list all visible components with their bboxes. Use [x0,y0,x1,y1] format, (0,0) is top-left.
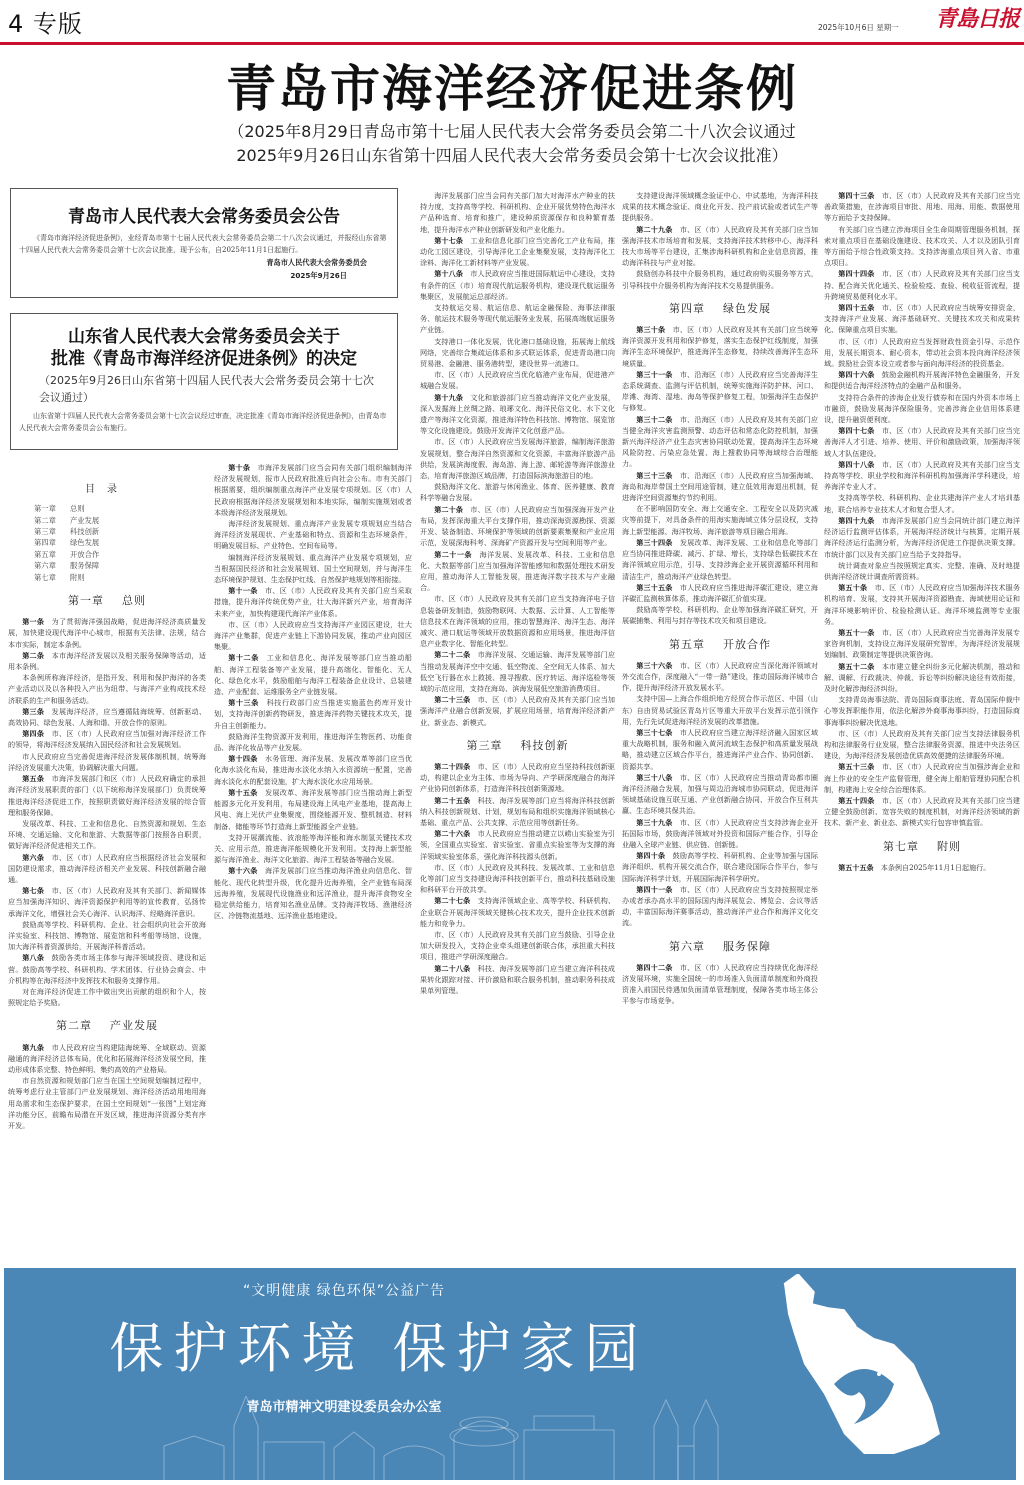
table-of-contents: 第一章总则 第二章产业发展 第三章科技创新 第四章绿色发展 第五章开放合作 第六… [8,503,206,583]
paragraph: 支持建设海洋领域概念验证中心、中试基地，为海洋科技成果的技术概念验证、商业化开发… [622,190,818,224]
article: 第三十四条 发展改革、海洋发展、工业和信息化等部门应当协同推进降碳、减污、扩绿、… [622,537,818,582]
paragraph: 发展改革、科技、工业和信息化、自然资源和规划、生态环境、交通运输、文化和旅游、大… [8,818,206,852]
announcement-title: 青岛市人民代表大会常务委员会公告 [11,206,397,228]
article: 第三十二条 市、沿海区（市）人民政府及其有关部门应当健全海洋灾害监测预警、动态评… [622,414,818,470]
text-column-3: 海洋发展部门应当会同有关部门加大对海洋水产种业的扶持力度，支持高等学校、科研机构… [420,190,615,1252]
chapter-heading: 第二章产业发展 [8,1020,206,1031]
ad-sponsor: 青岛市精神文明建设委员会办公室 [4,1396,684,1415]
article: 第四条 市、区（市）人民政府应当加强对海洋经济工作的领导，将海洋经济发展纳入国民… [8,728,206,750]
article: 第五十三条 市、区（市）人民政府应当加强涉海企业和海上作业的安全生产监督管理，健… [824,761,1020,795]
article: 第四十一条 市、区（市）人民政府应当支持按照规定举办或者承办高水平的国际国内海洋… [622,884,818,929]
chapter-heading: 第四章绿色发展 [622,303,818,314]
announcement-signer: 青岛市人民代表大会常务委员会 [11,256,397,269]
public-service-ad: “文明健康 绿色环保”公益广告 保护环境 保护家园 青岛市精神文明建设委员会办公… [4,1268,1016,1480]
article: 第四十条 鼓励高等学校、科研机构、企业等加强与国际海洋组织、机构开展交流合作，联… [622,850,818,884]
paragraph: 支持高等学校、科研机构、企业共建海洋产业人才培训基地，联合培养专业技术人才和复合… [824,492,1020,514]
paragraph: 市、区（市）人民政府及其有关部门应当鼓励、引导企业加大研发投入，支持企业牵头组建… [420,929,615,963]
article: 第二十九条 市、区（市）人民政府及其有关部门应当加强海洋技术市场培育和发展，支持… [622,224,818,269]
article: 第三十条 市、区（市）人民政府及其有关部门应当统筹海洋资源开发利用和保护修复，落… [622,324,818,369]
decision-parenthetical: （2025年9月26日山东省第十四届人民代表大会常务委员会第十七次会议通过） [11,370,397,406]
article: 第八条 鼓励各类市场主体参与海洋领域投资、建设和运营。鼓励高等学校、科研机构、学… [8,952,206,986]
announcement-box: 青岛市人民代表大会常务委员会公告 《青岛市海洋经济促进条例》，业经青岛市第十七届… [10,188,398,298]
announcement-date: 2025年9月26日 [11,269,397,282]
article: 第二十四条 市、区（市）人民政府应当坚持科技创新驱动，构建以企业为主体、市场为导… [420,761,615,795]
decision-box: 山东省人民代表大会常务委员会关于 批准《青岛市海洋经济促进条例》的决定 （202… [10,313,398,450]
page-title: 青岛市海洋经济促进条例 [0,58,1024,120]
paragraph: 编制海洋经济发展规划、重点海洋产业发展专项规划，应当根据国民经济和社会发展规划、… [214,552,412,586]
paragraph: 市、区（市）人民政府及其有关部门应当支持海洋电子信息装备研发制造，鼓励物联网、大… [420,593,615,649]
announcement-body: 《青岛市海洋经济促进条例》，业经青岛市第十七届人民代表大会常务委员会第二十八次会… [11,228,397,256]
paragraph: 鼓励创办科技中介服务机构，通过政府购买服务等方式，引导科技中介服务机构为海洋技术… [622,268,818,290]
article: 第五十四条 市、区（市）人民政府及其有关部门应当建立健全鼓励创新、宽容失败的制度… [824,795,1020,829]
article: 第四十九条 市海洋发展部门应当会同统计部门建立海洋经济运行监测评估体系，开展海洋… [824,515,1020,560]
chapter-heading: 第六章服务保障 [622,941,818,952]
paragraph: 海洋经济发展规划、重点海洋产业发展专项规划应当结合海洋经济发展现状、产业基础和特… [214,518,412,552]
article: 第十条 市海洋发展部门应当会同有关部门组织编制海洋经济发展规划，报市人民政府批准… [214,462,412,518]
article: 第三十一条 市、沿海区（市）人民政府应当完善海洋生态系统调查、监测与评估机制，统… [622,369,818,414]
article: 第二十五条 科技、海洋发展等部门应当将海洋科技创新纳入科技创新规划、计划，规划布… [420,795,615,829]
article: 第四十四条 市、区（市）人民政府及其有关部门应当支持、配合海关优化通关、检验检疫… [824,268,1020,302]
qingdao-map-dolphin-icon [764,1274,964,1474]
article: 第三十三条 市、沿海区（市）人民政府应当加强海域、海岛和海岸带国土空间用途管制，… [622,470,818,504]
paragraph: 市、区（市）人民政府应当优化临港产业布局，促进港产城融合发展。 [420,369,615,391]
article: 第三条 发展海洋经济，应当遵循陆海统筹、创新驱动、高效协同、绿色发展、人海和谐、… [8,706,206,728]
article: 第十三条 科技行政部门应当推进实施蓝色药库开发计划，支持海洋创新药物研发，推进海… [214,697,412,731]
article: 第三十六条 市、区（市）人民政府应当深化海洋领域对外交流合作，深度融入“一带一路… [622,660,818,694]
decision-body: 山东省第十四届人民代表大会常务委员会第十七次会议经过审查，决定批准《青岛市海洋经… [11,406,397,434]
toc-item[interactable]: 第七章附则 [34,572,206,583]
paragraph: 支持符合条件的涉海企业发行债券和在国内外资本市场上市融资，鼓励发展海洋保险服务，… [824,392,1020,426]
article: 第四十三条 市、区（市）人民政府及其有关部门应当完善政策措施，在涉海项目审批、用… [824,190,1020,224]
article: 第五十五条 本条例自2025年11月1日起施行。 [824,862,1020,873]
article: 第二十六条 市人民政府应当推动建立以崂山实验室为引领，全国重点实验室、省实验室、… [420,828,615,862]
chapter-heading: 第七章附则 [824,841,1020,852]
page-label: 4 专版 [8,4,83,39]
masthead-rule [0,42,1024,45]
paragraph: 鼓励海洋生物资源开发利用，推进海洋生物医药、功能食品、海洋化妆品等产业发展。 [214,731,412,753]
article: 第四十八条 市、区（市）人民政府及其有关部门应当支持高等学校、职业学校和海洋科研… [824,459,1020,493]
article: 第十一条 市、区（市）人民政府及其有关部门应当采取措施，提升海洋传统优势产业，壮… [214,585,412,619]
paragraph: 本条例所称海洋经济，是指开发、利用和保护海洋的各类产业活动以及以各种投入产出为纽… [8,672,206,706]
paragraph: 市、区（市）人民政府及其科技、发展改革、工业和信息化等部门应当支持建设海洋科技创… [420,862,615,896]
paragraph: 鼓励海洋文化、旅游与休闲渔业、体育、医养健康、教育科学等融合发展。 [420,481,615,503]
decision-title-line-1: 山东省人民代表大会常务委员会关于 [11,326,397,348]
title-block: 青岛市海洋经济促进条例 （2025年8月29日青岛市第十七届人民代表大会常务委员… [0,58,1024,168]
paragraph: 在不影响国防安全、海上交通安全、工程安全以及防灾减灾等前提下，对具备条件的用海实… [622,503,818,537]
article: 第二十七条 支持海洋领域企业、高等学校、科研机构、企业联合开展海洋领域关键核心技… [420,895,615,929]
article: 第二十一条 海洋发展、发展改革、科技、工业和信息化、大数据等部门应当加强海洋智能… [420,549,615,594]
article: 第十六条 海洋发展部门应当推动海洋渔业向信息化、智能化、现代化转型升级，优化提升… [214,865,412,921]
paragraph: 支持航运交易、航运信息、航运金融保险、海事法律服务、航运技术服务等现代航运服务业… [420,302,615,336]
article: 第四十六条 鼓励金融机构开展海洋特色金融服务，开发和提供适合海洋经济特点的金融产… [824,369,1020,391]
ad-headline: 保护环境 保护家园 [4,1316,754,1382]
article: 第五十条 市、区（市）人民政府应当加强海洋技术服务机构培育、发展，支持其开展海洋… [824,582,1020,627]
subtitle-line-2: 2025年9月26日山东省第十四届人民代表大会常务委员会第十七次会议批准） [0,144,1024,168]
toc-item[interactable]: 第六章服务保障 [34,560,206,571]
chapter-heading: 第三章科技创新 [420,740,615,751]
article: 第四十七条 市、区（市）人民政府及其有关部门应当完善海洋人才引进、培养、使用、评… [824,425,1020,459]
paragraph: 市、区（市）人民政府应当发挥财政性资金引导、示范作用，发展长期资本、耐心资本，带… [824,336,1020,370]
paragraph: 市人民政府应当完善促进海洋经济发展体制机制，统筹海洋经济发展重大决策，协调解决重… [8,751,206,773]
toc-item[interactable]: 第一章总则 [34,503,206,514]
article: 第五十一条 市、区（市）人民政府应当完善海洋发展专家咨询机制，支持设立海洋发展研… [824,627,1020,661]
article: 第二十三条 市、区（市）人民政府及其有关部门应当加强海洋产业融合创新发展，扩展应… [420,694,615,728]
article: 第三十九条 市、区（市）人民政府应当支持涉海企业开拓国际市场，鼓励海洋领域对外投… [622,817,818,851]
article: 第三十五条 市人民政府应当推进海洋碳汇建设，建立海洋碳汇监测核算体系，推动海洋碳… [622,582,818,604]
toc-item[interactable]: 第四章绿色发展 [34,537,206,548]
masthead: 4 专版 2025年10月6日 星期一 青島日报 [0,0,1024,44]
article: 第十五条 发展改革、海洋发展等部门应当推动海上新型能源多元化开发利用，布局建设海… [214,787,412,832]
paragraph: 有关部门应当建立涉海项目全生命周期管理服务机制，探索对重点项目在基础设施建设、技… [824,224,1020,269]
article: 第二十条 市、区（市）人民政府应当加强深海开发产业布局，发挥深海重大平台支撑作用… [420,504,615,549]
paragraph: 支持青岛海事法院、青岛国际商事法庭、青岛国际仲裁中心等发挥职能作用，依法化解涉外… [824,694,1020,728]
paragraph: 市、区（市）人民政府及其有关部门应当支持法律服务机构和法律服务行业发展，整合法律… [824,728,1020,762]
issue-date: 2025年10月6日 星期一 [818,22,899,33]
toc-title: 目录 [8,484,206,495]
ad-slogan: “文明健康 绿色环保”公益广告 [4,1280,684,1300]
article: 第五条 市海洋发展部门和区（市）人民政府确定的承担海洋经济发展职责的部门（以下统… [8,773,206,818]
article: 第四十二条 市、区（市）人民政府应当持续优化海洋经济发展环境，实施全国统一的市场… [622,962,818,1007]
toc-item[interactable]: 第二章产业发展 [34,515,206,526]
article: 第五十二条 本市建立健全纠纷多元化解决机制，推动和解、调解、行政裁决、仲裁、诉讼… [824,661,1020,695]
article: 第十九条 文化和旅游部门应当推动海洋文化产业发展，深入发掘海上丝绸之路、琅琊文化… [420,392,615,437]
text-column-5: 第四十三条 市、区（市）人民政府及其有关部门应当完善政策措施，在涉海项目审批、用… [824,190,1020,1252]
chapter-heading: 第五章开放合作 [622,639,818,650]
paragraph: 市、区（市）人民政府应当支持海洋产业园区建设，壮大海洋产业集群，促进产业链上下游… [214,619,412,653]
paragraph: 海洋发展部门应当会同有关部门加大对海洋水产种业的扶持力度，支持高等学校、科研机构… [420,190,615,235]
paragraph: 鼓励高等学校、科研机构、企业等加强海洋碳汇研究，开展碳捕集、利用与封存等技术攻关… [622,604,818,626]
article: 第十七条 工业和信息化部门应当完善化工产业布局，推动化工园区建设，引导海洋化工企… [420,235,615,269]
article: 第二条 本市海洋经济发展以及相关服务保障等活动，适用本条例。 [8,650,206,672]
toc-item[interactable]: 第三章科技创新 [34,526,206,537]
decision-title-line-2: 批准《青岛市海洋经济促进条例》的决定 [11,348,397,370]
article: 第二十八条 科技、海洋发展等部门应当建立海洋科技成果转化跟踪对接、评价激励和联合… [420,963,615,997]
article: 第十四条 水务管理、海洋发展、发展改革等部门应当优化海水淡化布局，推进海水淡化水… [214,753,412,787]
toc-item[interactable]: 第五章开放合作 [34,549,206,560]
article: 第三十八条 市、区（市）人民政府应当推动青岛都市圈海洋经济融合发展，加强与周边沿… [622,772,818,817]
article: 第四十五条 市、区（市）人民政府应当统筹安排资金，支持海洋产业发展、海洋基础研究… [824,302,1020,336]
paragraph: 支持港口一体化发展，优化港口基础设施，拓展海上航线网络，完善综合集疏运体系和多式… [420,336,615,370]
paragraph: 对在海洋经济促进工作中做出突出贡献的组织和个人，按照规定给予奖励。 [8,986,206,1008]
paragraph: 鼓励高等学校、科研机构、企业、社会组织向社会开放海洋实验室、科技馆、博物馆、展览… [8,919,206,953]
text-column-2: 第十条 市海洋发展部门应当会同有关部门组织编制海洋经济发展规划，报市人民政府批准… [214,462,412,1252]
text-column-1: 目录 第一章总则 第二章产业发展 第三章科技创新 第四章绿色发展 第五章开放合作… [8,462,206,1252]
paragraph: 支持开展潮流能、波浪能等海洋能和海水制氢关键技术攻关、应用示范，推进海洋能规模化… [214,832,412,866]
article: 第一条 为了贯彻海洋强国战略，促进海洋经济高质量发展，加快建设现代海洋中心城市，… [8,616,206,650]
article: 第十二条 工业和信息化、海洋发展等部门应当推动船舶、海洋工程装备等产业发展，提升… [214,652,412,697]
article: 第二十二条 市海洋发展、交通运输、海洋发展等部门应当推动发展海洋空中交通、低空物… [420,649,615,694]
paragraph: 市自然资源和规划部门应当在国土空间规划编制过程中，统筹考虑行业主管部门产业发展规… [8,1075,206,1131]
paragraph: 统计调查对象应当按照规定真实、完整、准确、及时地提供海洋经济统计调查所需资料。 [824,560,1020,582]
article: 第十八条 市人民政府应当推进国际航运中心建设，支持有条件的区（市）培育现代航运服… [420,268,615,302]
newspaper-logo: 青島日报 [935,2,1019,33]
article: 第六条 市、区（市）人民政府应当根据经济社会发展和国防建设需求，推动海洋经济相关… [8,852,206,886]
article: 第七条 市、区（市）人民政府及其有关部门、新闻媒体应当加强海洋知识、海洋资源保护… [8,885,206,919]
paragraph: 支持中国—上海合作组织地方经贸合作示范区、中国（山东）自由贸易试验区青岛片区等重… [622,693,818,727]
paragraph: 市、区（市）人民政府应当发展海洋旅游，编制海洋旅游发展规划，整合海洋自然资源和文… [420,436,615,481]
chapter-heading: 第一章总则 [8,595,206,606]
article: 第三十七条 市人民政府应当建立海洋经济融入国家区域重大战略机制，服务和融入黄河流… [622,727,818,772]
subtitle-line-1: （2025年8月29日青岛市第十七届人民代表大会常务委员会第二十八次会议通过 [0,120,1024,144]
article: 第九条 市人民政府应当构建陆海统筹、全域联动、资源融通的海洋经济总体布局，优化和… [8,1042,206,1076]
text-column-4: 支持建设海洋领域概念验证中心、中试基地，为海洋科技成果的技术概念验证、商业化开发… [622,190,818,1252]
